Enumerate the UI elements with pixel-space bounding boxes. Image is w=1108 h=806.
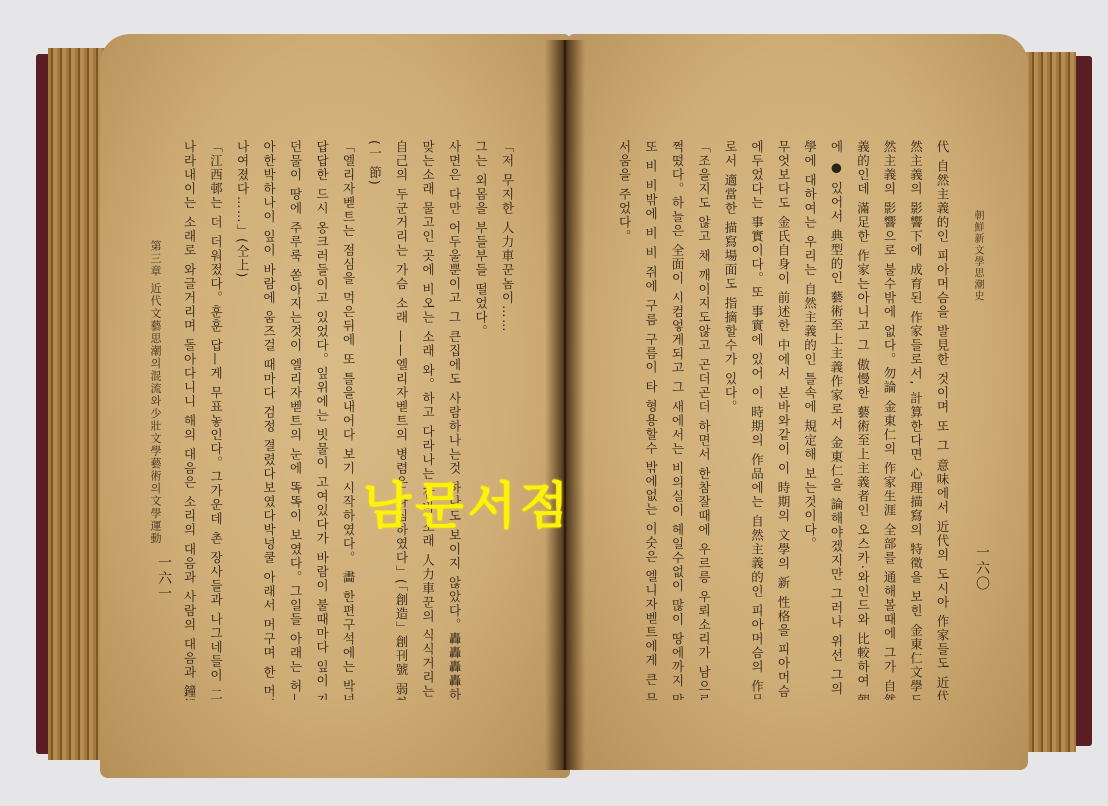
text-column: (一 節) <box>368 140 382 700</box>
text-column: 自己의 두군거리는 가슴 소래 ——엘리자벧트의 병렴은 다심하였다」(「創造」… <box>394 140 408 700</box>
running-header: 朝鮮新文學思潮史 <box>970 210 984 302</box>
text-column: 나라내이는 소래로 와글거리며 돌아다니니 해의 대음은 소리의 대음과 사람의… <box>182 140 196 700</box>
book-gutter <box>545 40 585 770</box>
text-column: 답답한 드시 옹크러들이고 있었다。잎위에는 빗물이 고여있다가 바람이 불때마… <box>315 140 329 700</box>
text-column: 「江西邨는 더 더워젔다。훈훈 답—게 무표놓인다。그가운데 촌 장사들과 나그… <box>209 140 223 700</box>
page-number-right: 一六〇 <box>975 545 989 592</box>
text-column: 던물이 땅에 주루룩 쏟아지는것이 엘리자벧트의 눈에 똑똑이 보였다。그일들 … <box>288 140 302 700</box>
text-column: 서움을 주었다。 <box>617 140 631 700</box>
text-column: 「엘리자벧트는 점심을 먹은뒤에 또 틀을내어다 보기 시작하였다。 畵 한편구… <box>341 140 355 700</box>
text-column: 쩍떴다。하늘은 全面이 시컴엏게되고 그 새에서는 비의실이 헤일수없이 많이 … <box>670 140 684 700</box>
chapter-footer: 第三章 近代文藝思潮의混流와少壯文學藝術의文學運動 <box>148 240 162 545</box>
text-column: 로서 適當한 描寫場面도 指摘할수가 있다。 <box>723 140 737 700</box>
text-column: 그는 외몸을 부들부들 떨었다。 <box>474 140 488 700</box>
text-column: 무엇보다도 金氏自身이 前述한 中에서 본바와같이 이 時期의 文學의 新 性格… <box>776 140 790 700</box>
page-edges-left <box>48 48 106 760</box>
text-column: 然主義의 影響下에 成育된 作家들로서, 計算한다면 心理描寫의 特徵을 보힌 … <box>909 140 923 700</box>
page-edges-right <box>1020 52 1076 752</box>
text-column: 사면은 다만 어두울뿐이고 그 큰집에도 사람하나는것 하나도 보이지 않았다。… <box>447 140 461 700</box>
right-page <box>568 34 1028 770</box>
text-column: 代 自然主義的인 피아머슴을 발見한 것이며 또 그 意味에서 近代의 도시아 … <box>935 140 949 700</box>
text-column: 맞는소래 물고인 곳에 비오는 소래 와。하고 다라나는 잠바 소래 人力車꾼의… <box>421 140 435 700</box>
text-column: 아한박하나이 잎이 바람에 움즈걸 때마다 검정 결렸다보였다박넝쿨 아래서 머… <box>262 140 276 700</box>
watermark-text: 남문서점 <box>363 466 572 538</box>
text-column: 에 ● 있어서 典型的인 藝術至上主義作家로서 金東仁을 論해야겠지만 그러나 … <box>829 140 843 700</box>
text-column: 에두었다는 事實이다。또 事實에 있어 이 時期의 作品에는 自然主義的인 피아… <box>750 140 764 700</box>
text-column: 學에 대하여는 우리는 自然主義的인 틀속에 規定해 보는것이다。 <box>803 140 817 700</box>
text-column: 또 비 비밖에 비 비 쥐에 구름 구름이 타 형용할수 밖에없는 이숫은 엘니… <box>644 140 658 700</box>
page-number-left: 一六一 <box>157 555 171 602</box>
text-column: 義的인데 滿足한 作家는아니고 그 傲慢한 藝術至上主義者인 오스카·와인드와 … <box>856 140 870 700</box>
text-column: 然主義의 影響으로 불수밖에 없다。勿論 金東仁의 作家生涯 全部를 通해볼때에… <box>882 140 896 700</box>
text-column: 「조을지도 않고 채 깨이지도않고 곤더곤더 하면서 한참잘때에 우르릉 우뢰소… <box>697 140 711 700</box>
text-column: 나여졌다……」(仝上) <box>235 140 249 700</box>
text-column: 「저 무지한 人力車꾼놈이…… <box>500 140 514 700</box>
